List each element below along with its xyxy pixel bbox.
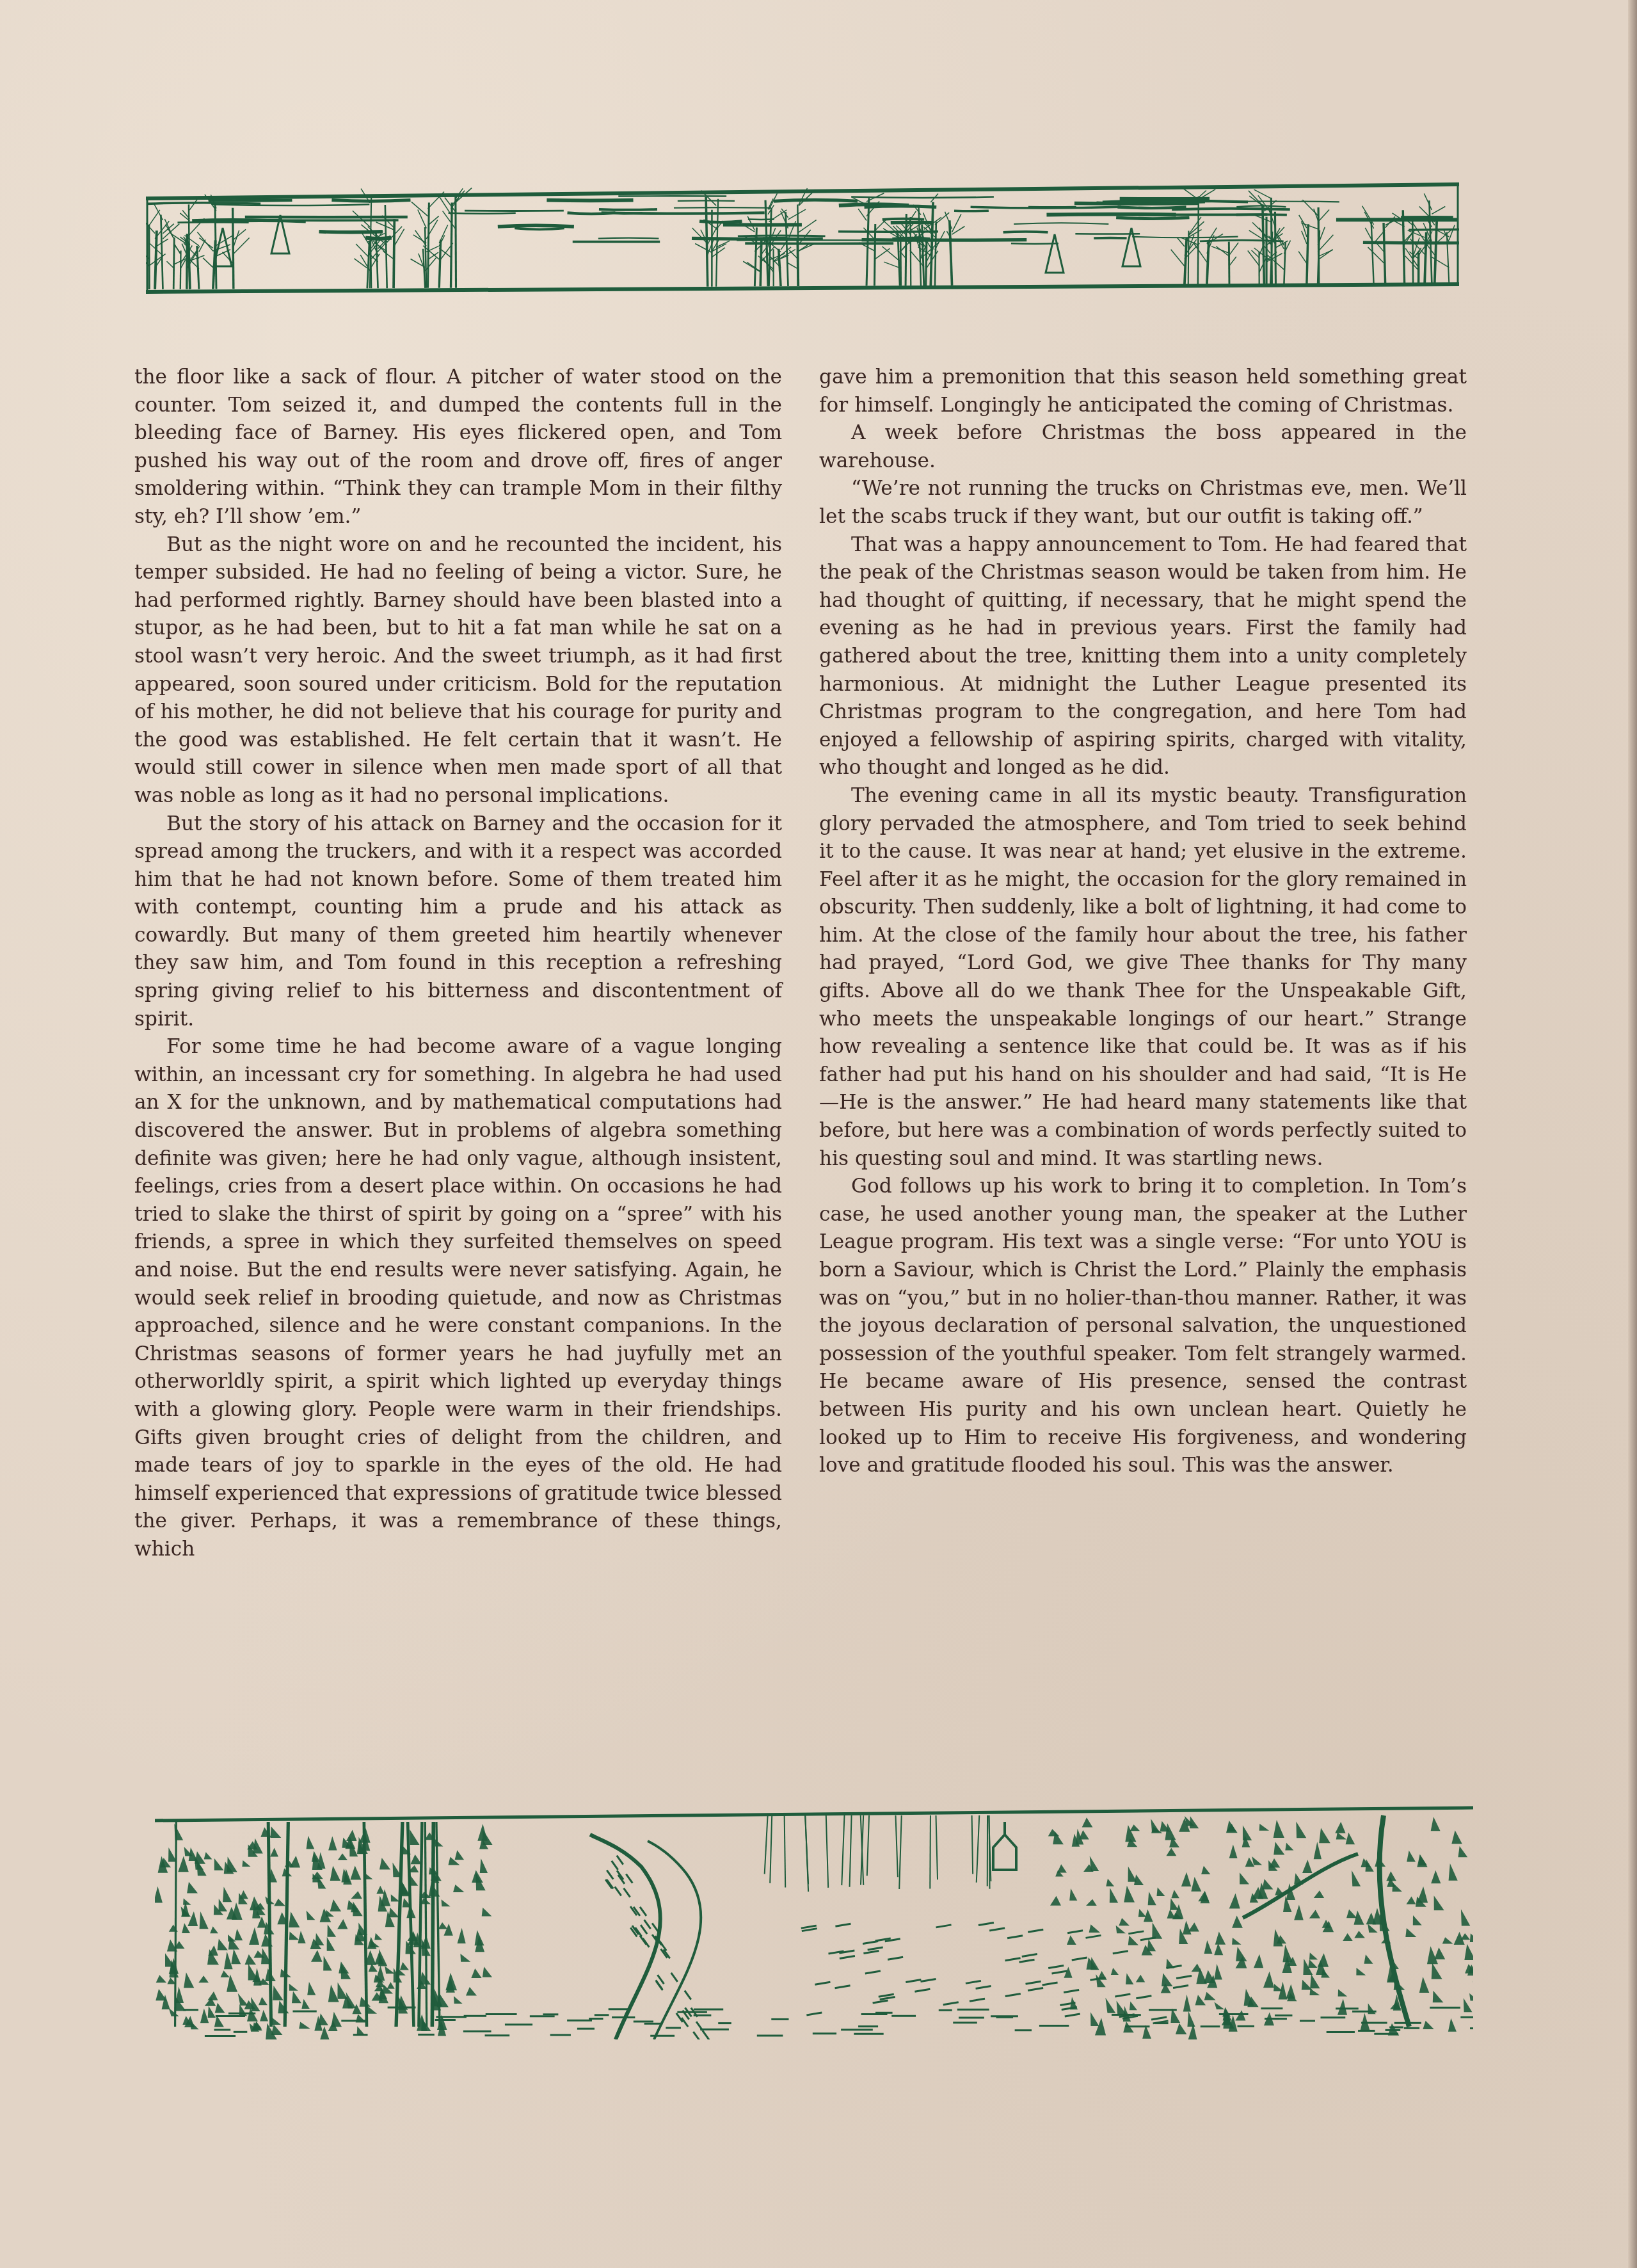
article-paragraph: God follows up his work to bring it to c… bbox=[819, 1173, 1467, 1480]
article-paragraph: But the story of his attack on Barney an… bbox=[134, 810, 782, 1034]
top-winter-illustration bbox=[146, 177, 1459, 294]
article-column-left: the floor like a sack of flour. A pitche… bbox=[134, 364, 782, 1564]
winter-trees-drawing bbox=[146, 177, 1459, 294]
article-paragraph: gave him a premonition that this season … bbox=[819, 364, 1467, 419]
page-edge-shadow bbox=[1628, 0, 1637, 2268]
article-paragraph: For some time he had become aware of a v… bbox=[134, 1033, 782, 1563]
article-paragraph: But as the night wore on and he recounte… bbox=[134, 531, 782, 810]
article-column-right: gave him a premonition that this season … bbox=[819, 364, 1467, 1480]
article-paragraph: A week before Christmas the boss appeare… bbox=[819, 419, 1467, 475]
bleed-through-text bbox=[973, 293, 1421, 332]
article-paragraph: That was a happy announcement to Tom. He… bbox=[819, 531, 1467, 782]
article-paragraph: “We’re not running the trucks on Christm… bbox=[819, 475, 1467, 531]
article-paragraph: the floor like a sack of flour. A pitche… bbox=[134, 364, 782, 531]
winter-road-church-drawing bbox=[155, 1796, 1473, 2039]
bottom-winter-illustration bbox=[155, 1796, 1473, 2039]
article-paragraph: The evening came in all its mystic beaut… bbox=[819, 782, 1467, 1173]
